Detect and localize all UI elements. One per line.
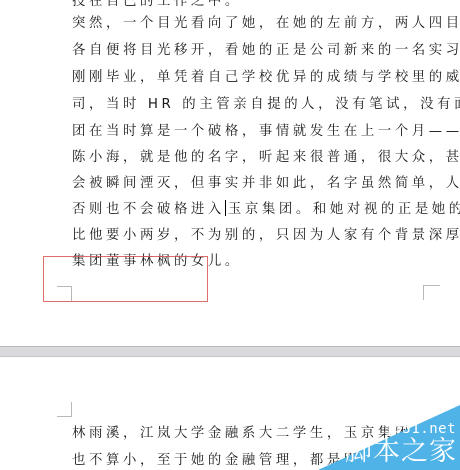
text-line[interactable]: 团在当时算是一个破格，事情就发生在上一个月——八月份。 — [72, 122, 424, 142]
text-line[interactable]: 投在自己的工作之中。 — [72, 0, 424, 12]
highlight-annotation-box — [43, 256, 208, 302]
text-line[interactable]: 突然，一个目光看向了她，在她的左前方，两人四目相对，仅仅两秒， — [72, 14, 424, 34]
margin-corner-bottom-right — [423, 285, 440, 300]
text-line[interactable]: 否则也不会破格进入玉京集团。和她对视的正是她的上司，但年纪确 — [72, 200, 424, 220]
text-line[interactable]: 刚刚毕业，单凭着自己学校优异的成绩与学校里的威望直接进入公 — [72, 68, 424, 88]
text-cursor — [225, 200, 226, 216]
document-page-2[interactable]: 林雨溪，江岚大学金融系大二学生，玉京集团董事 也不算小，至于她的金融管理，都是跟… — [0, 357, 460, 470]
text-line[interactable]: 会被瞬间湮灭，但事实并非如此，名字虽然简单，人可不那么简单， — [72, 174, 424, 194]
text-line[interactable]: 比他要小两岁，不为别的，只因为人家有个背景深厚的爸爸——玉京 — [72, 226, 424, 246]
text-line[interactable]: 林雨溪，江岚大学金融系大二学生，玉京集团董事 — [72, 424, 424, 444]
text-line[interactable]: 各自便将目光移开，看她的正是公司新来的一名实习生，据说是今年 — [72, 41, 424, 61]
text-line[interactable]: 陈小海，就是他的名字，听起来很普通，很大众，甚至感觉放入人潮 — [72, 148, 424, 168]
text-line[interactable]: 司，当时 HR 的主管亲自提的人，没有笔试，没有面试。对于玉京集 — [72, 95, 424, 115]
text-before-cursor: 否则也不会破格进入 — [72, 202, 225, 217]
page-separator — [0, 346, 460, 357]
text-line[interactable]: 也不算小，至于她的金融管理，都是跟她爸爸林 — [72, 451, 424, 470]
margin-corner-top-left — [57, 402, 72, 417]
text-after-cursor: 玉京集团。和她对视的正是她的上司，但年纪确 — [228, 202, 460, 217]
